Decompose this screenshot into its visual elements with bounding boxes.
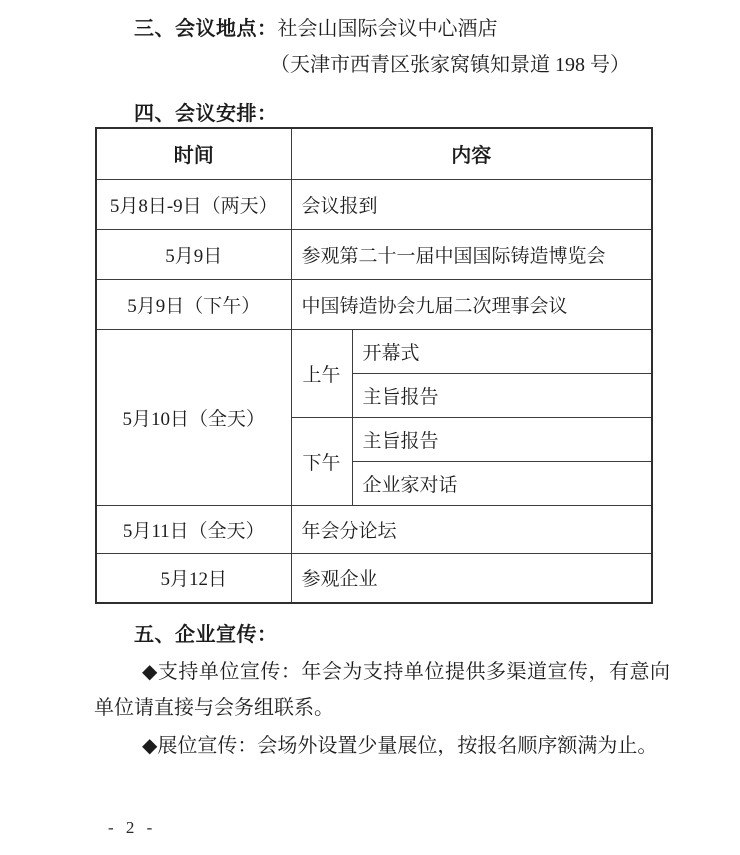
table-row: 5月9日 参观第二十一届中国国际铸造博览会 <box>96 229 652 279</box>
location-address: （天津市西青区张家窝镇知景道 198 号） <box>94 52 670 78</box>
promotion-paragraph-booth: ◆展位宣传：会场外设置少量展位，按报名顺序额满为止。 <box>94 728 670 764</box>
promotion-paragraph-support: ◆支持单位宣传：年会为支持单位提供多渠道宣传，有意向单位请直接与会务组联系。 <box>94 654 670 726</box>
time-cell: 5月9日 <box>96 229 291 279</box>
period-cell-morning: 上午 <box>291 329 352 417</box>
content-cell: 参观第二十一届中国国际铸造博览会 <box>291 229 652 279</box>
content-cell: 会议报到 <box>291 179 652 229</box>
schedule-table: 时间 内容 5月8日-9日（两天） 会议报到 5月9日 参观第二十一届中国国际铸… <box>95 127 653 604</box>
section-heading-schedule: 四、会议安排： <box>94 101 670 127</box>
content-cell: 年会分论坛 <box>291 505 652 553</box>
promotion-label: 五、企业宣传： <box>134 624 278 646</box>
section-heading-promotion: 五、企业宣传： <box>94 622 670 648</box>
location-venue: 社会山国际会议中心酒店 <box>278 18 498 40</box>
header-cell-time: 时间 <box>96 128 291 179</box>
time-cell: 5月12日 <box>96 553 291 603</box>
header-cell-content: 内容 <box>291 128 652 179</box>
period-cell-afternoon: 下午 <box>291 417 352 505</box>
table-row: 5月12日 参观企业 <box>96 553 652 603</box>
document-page: 三、会议地点：社会山国际会议中心酒店 （天津市西青区张家窝镇知景道 198 号）… <box>0 0 740 855</box>
page-number: - 2 - <box>108 818 670 838</box>
table-row: 5月9日（下午） 中国铸造协会九届二次理事会议 <box>96 279 652 329</box>
content-cell: 参观企业 <box>291 553 652 603</box>
content-cell: 主旨报告 <box>352 417 652 461</box>
content-cell: 开幕式 <box>352 329 652 373</box>
table-header-row: 时间 内容 <box>96 128 652 179</box>
content-cell: 企业家对话 <box>352 461 652 505</box>
table-row: 5月11日（全天） 年会分论坛 <box>96 505 652 553</box>
location-label: 三、会议地点： <box>134 18 278 40</box>
table-row-nested: 5月10日（全天） 上午 开幕式 <box>96 329 652 373</box>
schedule-label: 四、会议安排： <box>134 103 278 125</box>
content-cell: 主旨报告 <box>352 373 652 417</box>
time-cell: 5月9日（下午） <box>96 279 291 329</box>
time-cell: 5月8日-9日（两天） <box>96 179 291 229</box>
table-row: 5月8日-9日（两天） 会议报到 <box>96 179 652 229</box>
time-cell: 5月10日（全天） <box>96 329 291 505</box>
content-cell: 中国铸造协会九届二次理事会议 <box>291 279 652 329</box>
section-heading-location: 三、会议地点：社会山国际会议中心酒店 <box>94 16 670 42</box>
time-cell: 5月11日（全天） <box>96 505 291 553</box>
